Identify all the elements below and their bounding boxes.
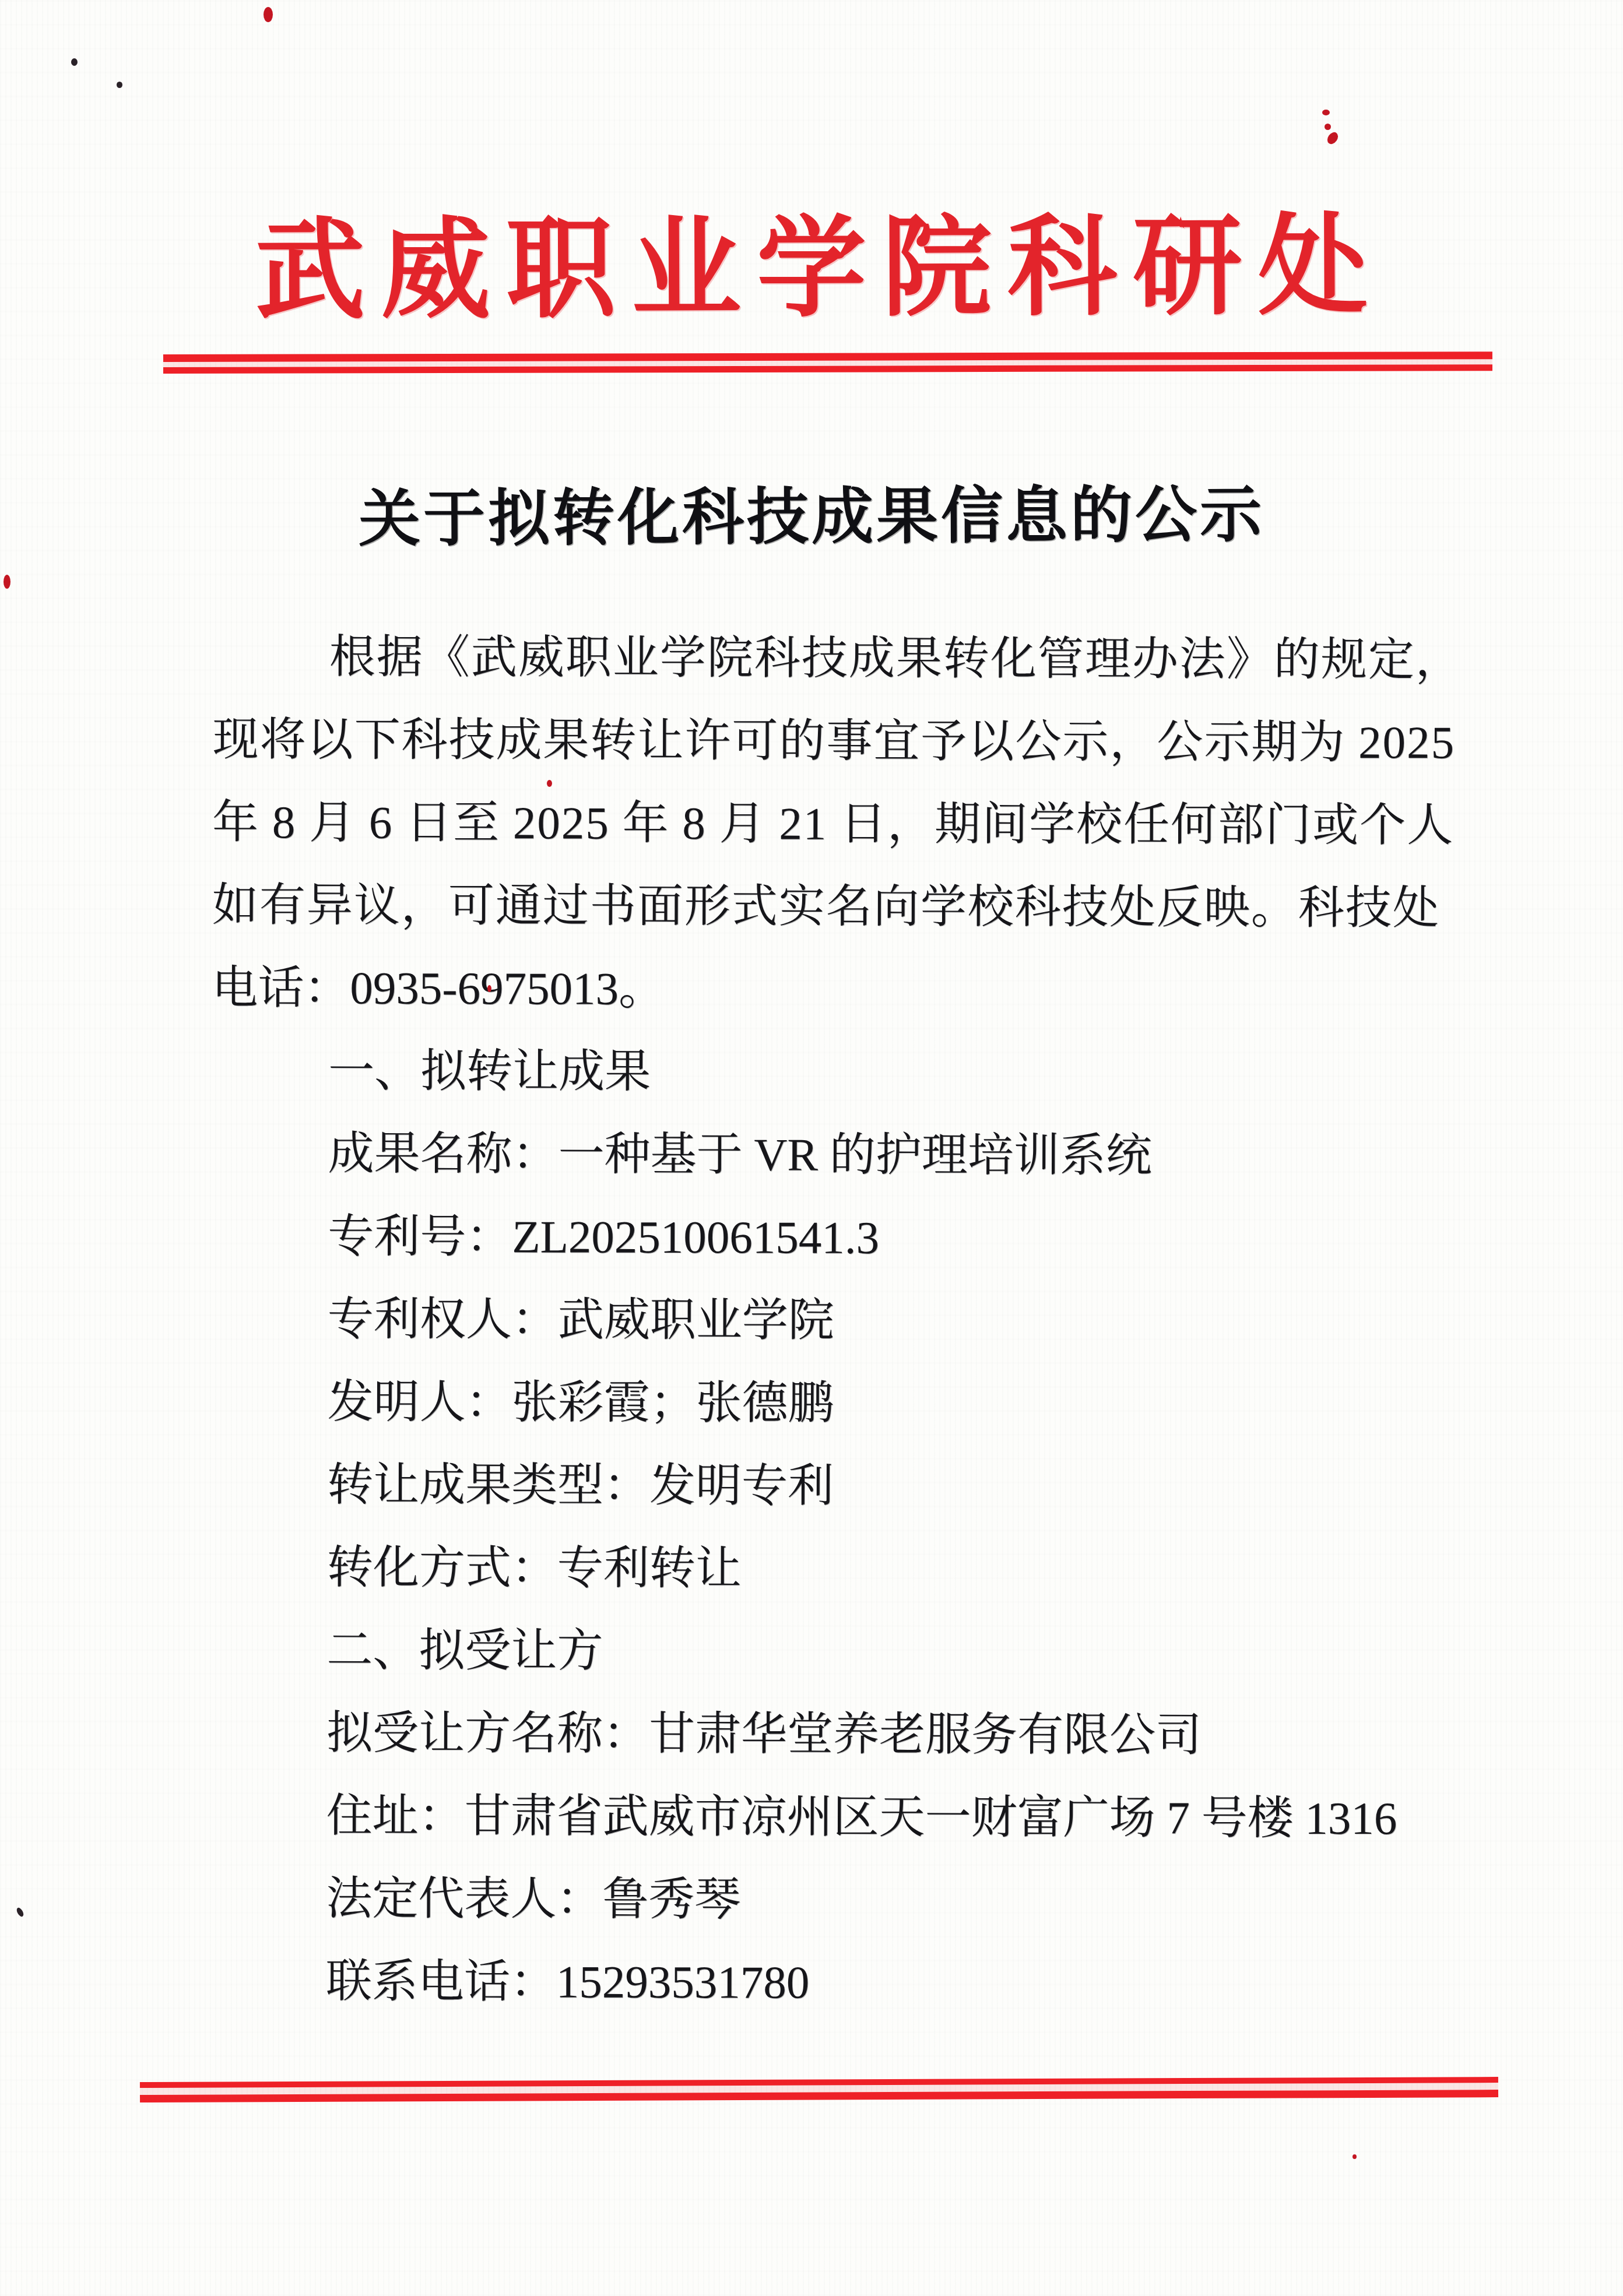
body-line: 拟受让方名称：甘肃华堂养老服务有限公司 — [210, 1692, 1420, 1778]
scan-artifact — [1352, 2154, 1357, 2159]
header-double-rule — [163, 351, 1492, 374]
scan-artifact — [1325, 124, 1331, 130]
body-line: 发明人：张彩霞；张德鹏 — [210, 1361, 1420, 1447]
scan-artifact — [3, 575, 10, 589]
body-line: 专利权人：武威职业学院 — [211, 1278, 1421, 1364]
body-line: 住址：甘肃省武威市凉州区天一财富广场 7 号楼 1316 — [209, 1775, 1419, 1861]
scanned-notice-page: 武威职业学院科研处 关于拟转化科技成果信息的公示 根据《武威职业学院科技成果转化… — [0, 0, 1623, 2296]
body-line: 年 8 月 6 日至 2025 年 8 月 21 日，期间学校任何部门或个人 — [212, 782, 1422, 867]
body-line: 成果名称：一种基于 VR 的护理培训系统 — [211, 1113, 1421, 1198]
body-line: 专利号：ZL202510061541.3 — [211, 1196, 1421, 1281]
body-line: 联系电话：15293531780 — [209, 1940, 1419, 2026]
scan-artifact — [1325, 130, 1340, 146]
body-line: 根据《武威职业学院科技成果转化管理办法》的规定， — [213, 616, 1422, 702]
letterhead-title: 武威职业学院科研处 — [0, 208, 1623, 331]
scan-artifact — [264, 7, 273, 22]
body-line: 一、拟转让成果 — [212, 1030, 1421, 1116]
body-line: 法定代表人：鲁秀琴 — [209, 1858, 1419, 1943]
body-line: 二、拟受让方 — [210, 1609, 1420, 1695]
scan-artifact — [71, 58, 78, 66]
body-line: 转化方式：专利转让 — [210, 1527, 1420, 1612]
body-line: 如有异议，可通过书面形式实名向学校科技处反映。科技处 — [212, 864, 1422, 950]
notice-body: 根据《武威职业学院科技成果转化管理办法》的规定，现将以下科技成果转让许可的事宜予… — [209, 616, 1422, 2026]
scan-artifact — [1322, 110, 1330, 115]
body-line: 转让成果类型：发明专利 — [210, 1444, 1420, 1530]
scan-artifact — [15, 1907, 24, 1918]
body-line: 现将以下科技成果转让许可的事宜予以公示，公示期为 2025 — [212, 699, 1422, 785]
notice-title: 关于拟转化科技成果信息的公示 — [0, 479, 1623, 557]
footer-double-rule — [140, 2077, 1498, 2102]
body-line: 电话：0935-6975013。 — [212, 947, 1421, 1033]
scan-artifact — [117, 82, 122, 88]
